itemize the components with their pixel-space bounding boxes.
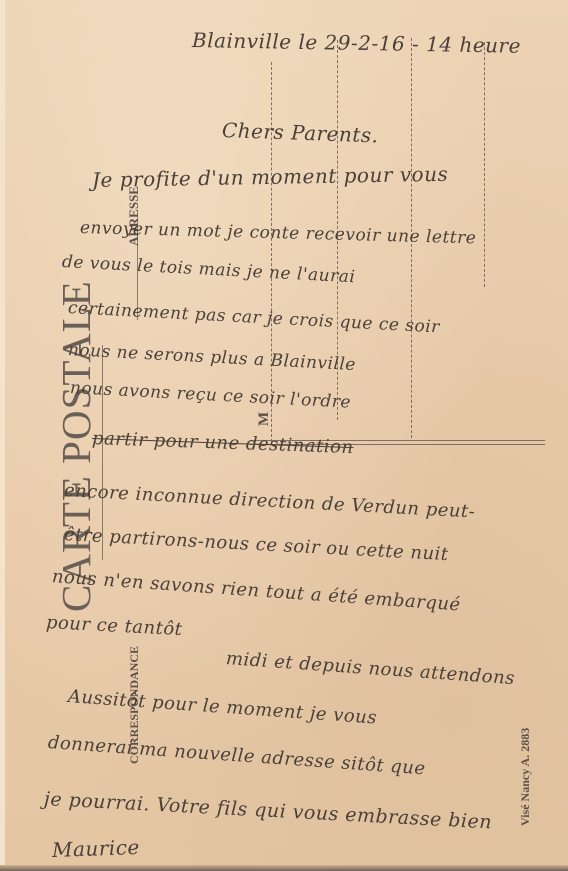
handwritten-line: Aussitôt pour le moment je vous [67,686,377,729]
handwritten-line: Je profite d'un moment pour vous [92,162,449,192]
handwritten-line: je pourrai. Votre fils qui vous embrasse… [43,788,492,833]
address-dotted-line-4 [484,42,485,287]
handwritten-line: partir pour une destination [92,428,354,458]
handwritten-salutation: Chers Parents. [222,118,379,147]
handwritten-header: Blainville le 29-2-16 - 14 heure [192,28,521,58]
card-edge-left [0,0,5,871]
handwritten-line: de vous le tois mais je ne l'aurai [61,252,355,287]
recipient-prefix: M [256,412,273,426]
handwritten-signature: Maurice [52,835,141,862]
handwritten-line: nous n'en savons rien tout a été embarqu… [51,566,461,616]
handwritten-line: pour ce tantôt [45,612,183,640]
card-edge-bottom [0,865,568,871]
handwritten-line: être partirons-nous ce soir ou cette nui… [63,524,449,565]
handwritten-line: certainement pas car je crois que ce soi… [67,298,440,337]
handwritten-line: nous avons reçu ce soir l'ordre [69,378,351,413]
handwritten-line: donnerai ma nouvelle adresse sitôt que [47,732,426,779]
publisher-mark: Visé Nancy A. 2883 [518,728,533,826]
handwritten-line: midi et depuis nous attendons [225,648,515,689]
handwritten-line: encore inconnue direction de Verdun peut… [63,480,475,523]
handwritten-line: nous ne serons plus a Blainville [67,340,356,375]
postcard-back: CARTE POSTALE ADRESSE CORRESPONDANCE M V… [0,0,568,871]
